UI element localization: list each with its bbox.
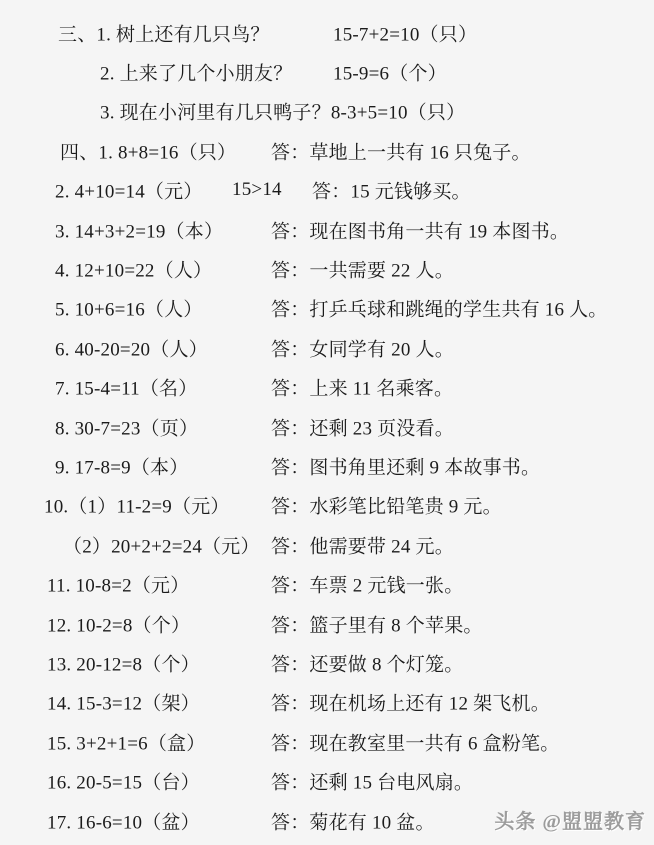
equation-text: 11. 10-8=2（元） (47, 571, 189, 598)
toutiao-watermark: 头条 @盟盟教育 (494, 805, 646, 834)
equation-text: 9. 17-8=9（本） (55, 452, 188, 479)
equation-text: 14. 15-3=12（架） (47, 689, 200, 716)
comparison-text: 15>14 (232, 179, 282, 201)
equation-text: 15. 3+2+1=6（盒） (47, 728, 205, 755)
worksheet-row: 12. 10-2=8（个） 答：篮子里有 8 个苹果。 (0, 604, 654, 643)
worksheet-row: 10.（1）11-2=9（元） 答：水彩笔比铅笔贵 9 元。 (0, 486, 654, 525)
answer-text: 答：15 元钱够买。 (312, 177, 471, 204)
worksheet-row: 5. 10+6=16（人） 答：打乒乓球和跳绳的学生共有 16 人。 (0, 289, 654, 328)
worksheet-row: 3. 14+3+2=19（本） 答：现在图书角一共有 19 本图书。 (0, 210, 654, 249)
worksheet-row: 14. 15-3=12（架） 答：现在机场上还有 12 架飞机。 (0, 683, 654, 722)
answer-text: 答：水彩笔比铅笔贵 9 元。 (271, 492, 502, 519)
equation-text: 12. 10-2=8（个） (47, 610, 190, 637)
worksheet-row: 6. 40-20=20（人） 答：女同学有 20 人。 (0, 328, 654, 367)
equation-text: 10.（1）11-2=9（元） (44, 492, 230, 519)
equation-text: 8-3+5=10（只） (331, 103, 465, 124)
worksheet-row: 2. 上来了几个小朋友？ 15-9=6（个） (0, 52, 654, 91)
answer-text: 答：打乒乓球和跳绳的学生共有 16 人。 (271, 295, 608, 322)
worksheet-row: 三、1. 树上还有几只鸟？ 15-7+2=10（只） (0, 13, 654, 52)
answer-text: 答：现在图书角一共有 19 本图书。 (271, 216, 569, 243)
problem-with-equation: 3. 现在小河里有几只鸭子？8-3+5=10（只） (100, 98, 465, 125)
worksheet-row: 8. 30-7=23（页） 答：还剩 23 页没看。 (0, 407, 654, 446)
equation-text: 5. 10+6=16（人） (55, 295, 203, 322)
worksheet-row: 16. 20-5=15（台） 答：还剩 15 台电风扇。 (0, 761, 654, 800)
problem-text: 三、1. 树上还有几只鸟？ (58, 19, 270, 46)
equation-text: 17. 16-6=10（盆） (47, 807, 200, 834)
worksheet-row: 13. 20-12=8（个） 答：还要做 8 个灯笼。 (0, 643, 654, 682)
worksheet-row: 7. 15-4=11（名） 答：上来 11 名乘客。 (0, 368, 654, 407)
answer-text: 答：现在教室里一共有 6 盒粉笔。 (271, 728, 559, 755)
problem-text: 3. 现在小河里有几只鸭子？ (100, 103, 331, 124)
equation-text: 6. 40-20=20（人） (55, 334, 208, 361)
answer-text: 答：还剩 23 页没看。 (271, 413, 454, 440)
equation-text: 8. 30-7=23（页） (55, 413, 198, 440)
worksheet-row: 9. 17-8=9（本） 答：图书角里还剩 9 本故事书。 (0, 446, 654, 485)
worksheet-row: （2）20+2+2=24（元） 答：他需要带 24 元。 (0, 525, 654, 564)
answer-text: 答：现在机场上还有 12 架飞机。 (271, 689, 550, 716)
equation-text: （2）20+2+2=24（元） (63, 531, 260, 558)
equation-text: 15-9=6（个） (333, 59, 447, 86)
answer-text: 答：车票 2 元钱一张。 (271, 571, 463, 598)
equation-text: 7. 15-4=11（名） (55, 374, 197, 401)
worksheet-row: 4. 12+10=22（人） 答：一共需要 22 人。 (0, 249, 654, 288)
answer-text: 答：他需要带 24 元。 (271, 531, 454, 558)
worksheet-row: 四、1. 8+8=16（只） 答：草地上一共有 16 只兔子。 (0, 131, 654, 170)
equation-text: 16. 20-5=15（台） (47, 768, 200, 795)
worksheet-row: 2. 4+10=14（元） 15>14 答：15 元钱够买。 (0, 171, 654, 210)
worksheet-row: 15. 3+2+1=6（盒） 答：现在教室里一共有 6 盒粉笔。 (0, 722, 654, 761)
worksheet-row: 3. 现在小河里有几只鸭子？8-3+5=10（只） (0, 92, 654, 131)
worksheet-page: 三、1. 树上还有几只鸟？ 15-7+2=10（只） 2. 上来了几个小朋友？ … (0, 0, 654, 845)
equation-text: 4. 12+10=22（人） (55, 256, 212, 283)
equation-text: 四、1. 8+8=16（只） (60, 137, 236, 164)
equation-text: 2. 4+10=14（元） (55, 177, 203, 204)
equation-text: 13. 20-12=8（个） (47, 649, 200, 676)
answer-text: 答：还剩 15 台电风扇。 (271, 768, 473, 795)
equation-text: 15-7+2=10（只） (333, 19, 477, 46)
answer-text: 答：还要做 8 个灯笼。 (271, 649, 463, 676)
answer-text: 答：菊花有 10 盆。 (271, 807, 435, 834)
problem-text: 2. 上来了几个小朋友？ (100, 59, 292, 86)
answer-text: 答：一共需要 22 人。 (271, 256, 454, 283)
worksheet-row: 11. 10-8=2（元） 答：车票 2 元钱一张。 (0, 564, 654, 603)
answer-text: 答：女同学有 20 人。 (271, 334, 454, 361)
answer-text: 答：草地上一共有 16 只兔子。 (271, 137, 531, 164)
answer-text: 答：篮子里有 8 个苹果。 (271, 610, 483, 637)
answer-text: 答：上来 11 名乘客。 (271, 374, 453, 401)
equation-text: 3. 14+3+2=19（本） (55, 216, 223, 243)
answer-text: 答：图书角里还剩 9 本故事书。 (271, 452, 540, 479)
